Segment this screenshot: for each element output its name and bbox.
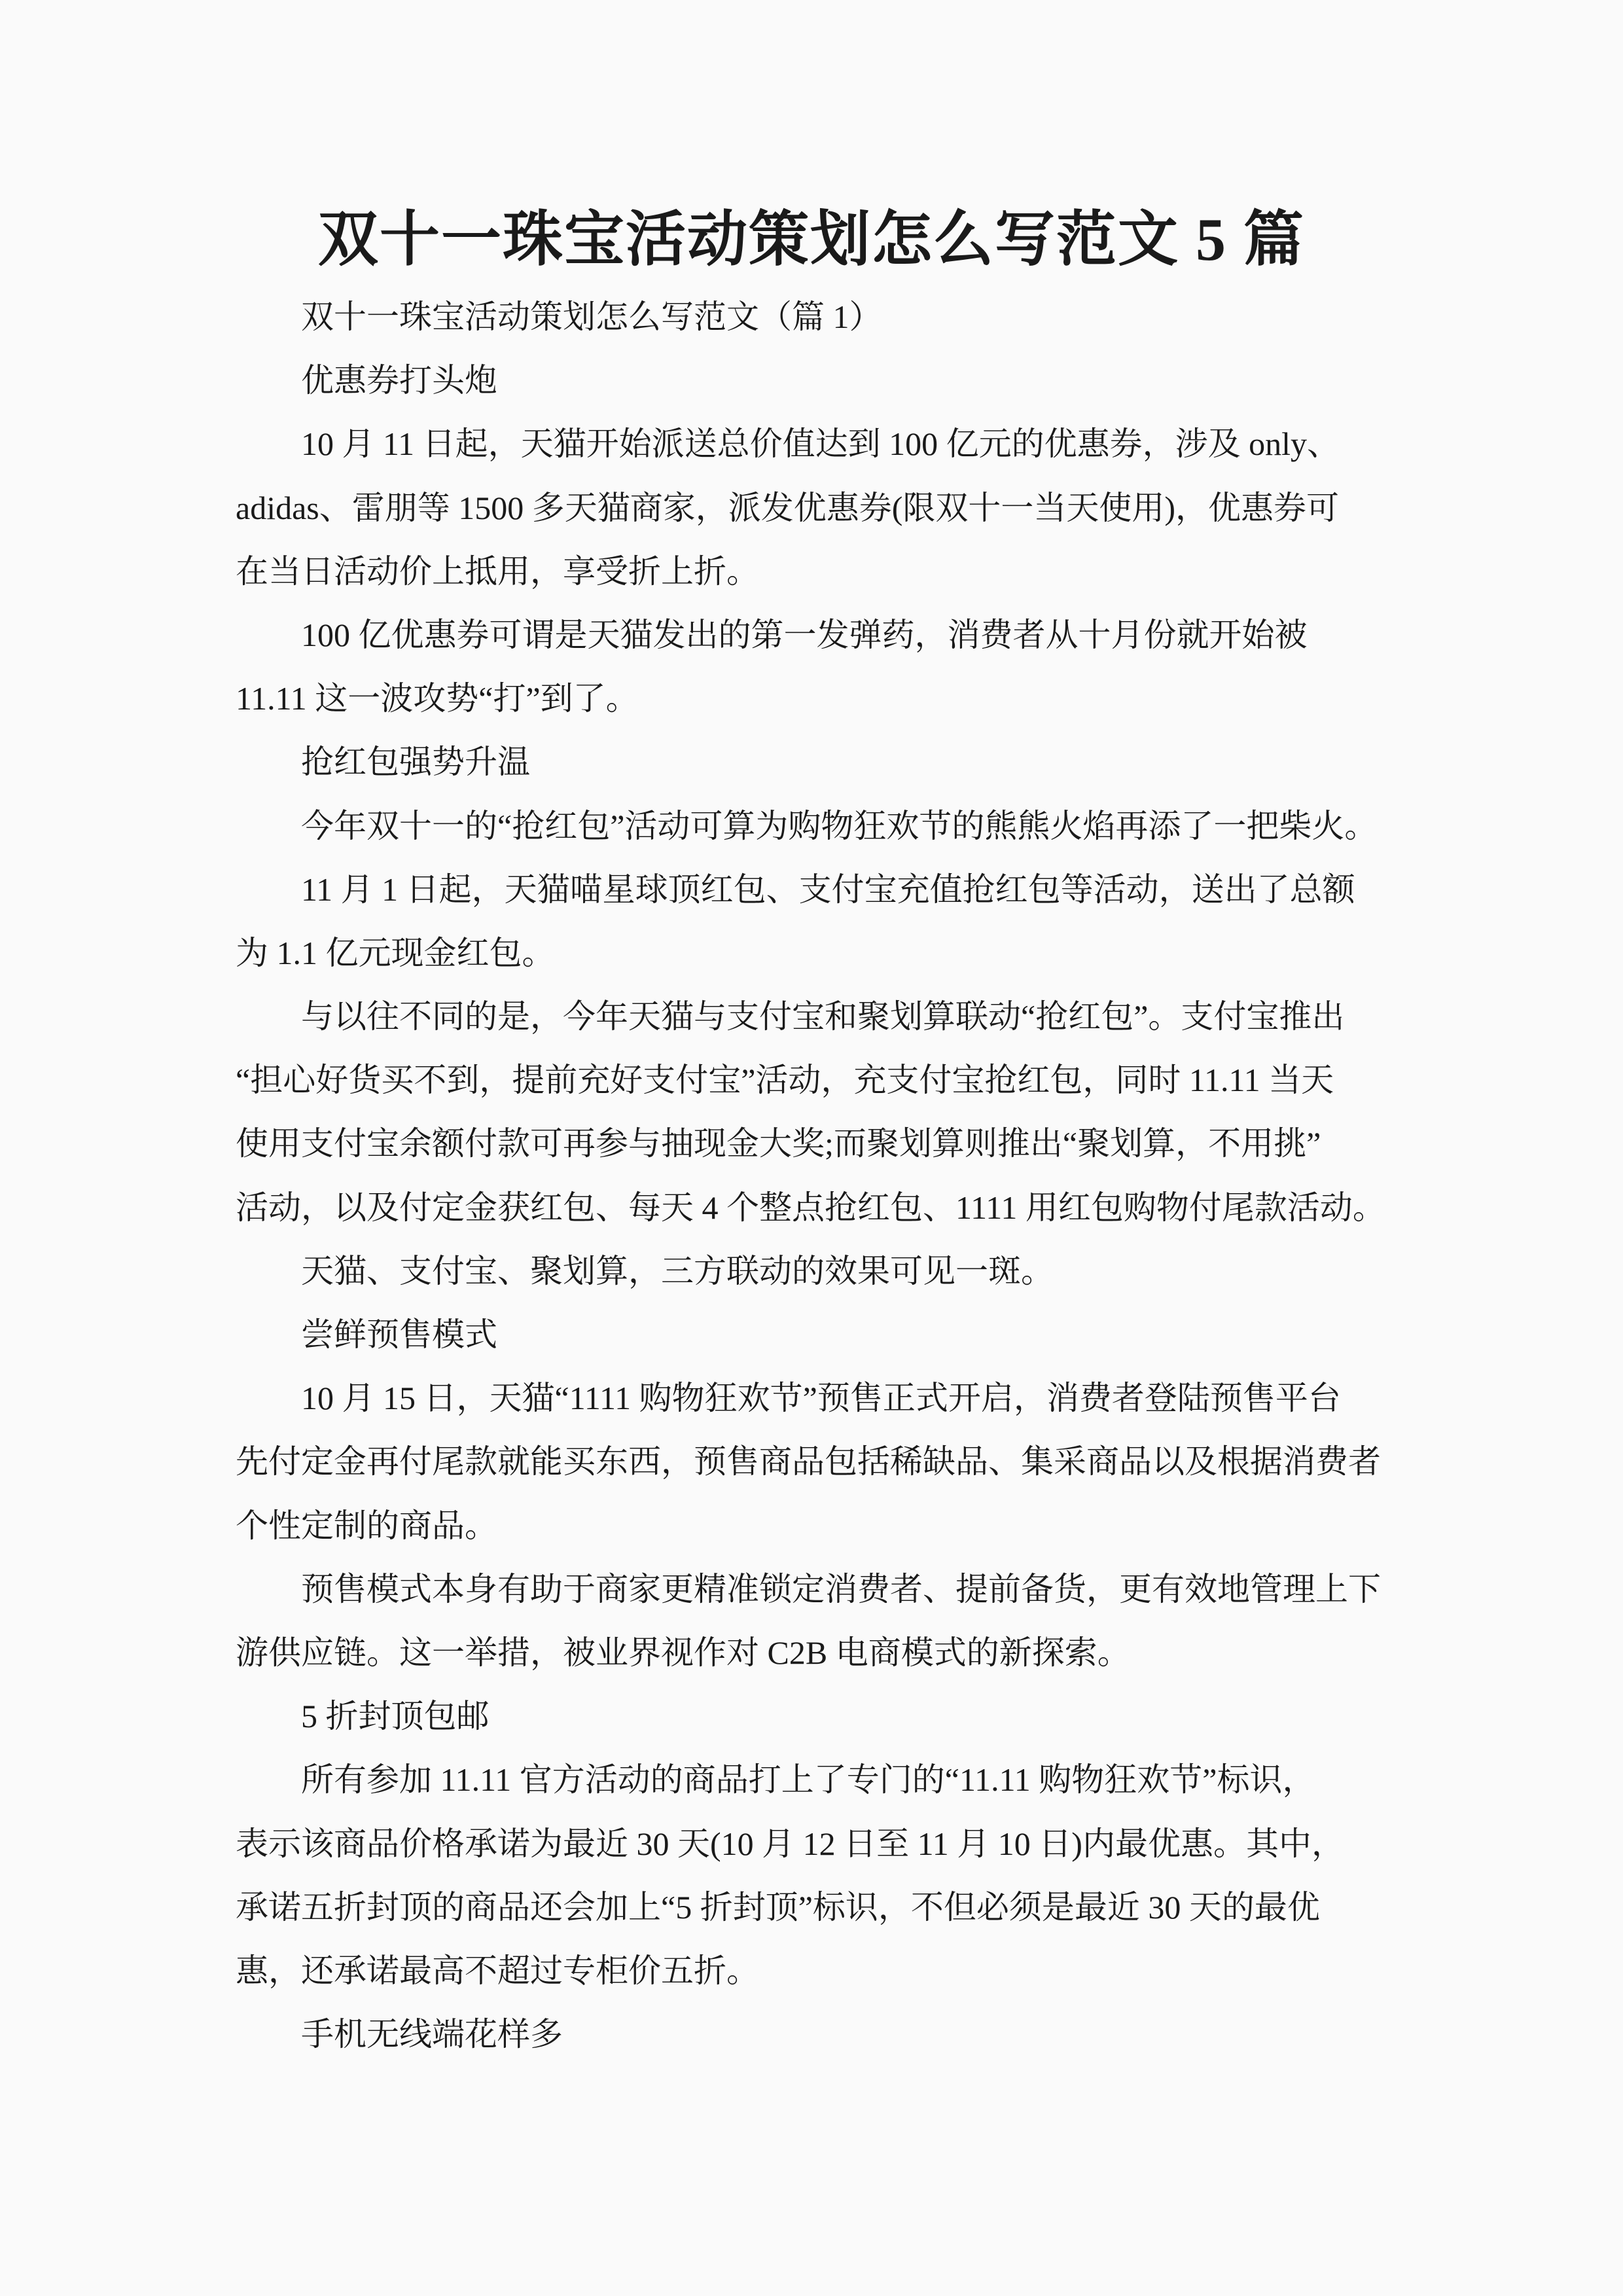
body-line: 承诺五折封顶的商品还会加上“5 折封顶”标识，不但必须是最近 30 天的最优 [236, 1876, 1374, 1939]
body-line: 先付定金再付尾款就能买东西，预售商品包括稀缺品、集采商品以及根据消费者 [236, 1430, 1374, 1494]
document-body: 双十一珠宝活动策划怎么写范文（篇 1）优惠券打头炮10 月 11 日起，天猫开始… [236, 285, 1374, 2066]
body-line: 11.11 这一波攻势“打”到了。 [236, 667, 1374, 730]
body-line: 与以往不同的是，今年天猫与支付宝和聚划算联动“抢红包”。支付宝推出 [236, 985, 1374, 1049]
body-line: 活动，以及付定金获红包、每天 4 个整点抢红包、1111 用红包购物付尾款活动。 [236, 1176, 1374, 1240]
body-line: 手机无线端花样多 [236, 2003, 1374, 2066]
body-line: 10 月 15 日，天猫“1111 购物狂欢节”预售正式开启，消费者登陆预售平台 [236, 1367, 1374, 1430]
body-line: 抢红包强势升温 [236, 730, 1374, 794]
body-line: 使用支付宝余额付款可再参与抽现金大奖;而聚划算则推出“聚划算，不用挑” [236, 1112, 1374, 1175]
body-line: 在当日活动价上抵用，享受折上折。 [236, 540, 1374, 603]
document-title: 双十一珠宝活动策划怎么写范文 5 篇 [0, 200, 1623, 279]
body-line: 预售模式本身有助于商家更精准锁定消费者、提前备货，更有效地管理上下 [236, 1558, 1374, 1621]
body-line: 游供应链。这一举措，被业界视作对 C2B 电商模式的新探索。 [236, 1621, 1374, 1685]
body-line: 表示该商品价格承诺为最近 30 天(10 月 12 日至 11 月 10 日)内… [236, 1812, 1374, 1876]
body-line: 11 月 1 日起，天猫喵星球顶红包、支付宝充值抢红包等活动，送出了总额 [236, 858, 1374, 922]
body-line: 100 亿优惠券可谓是天猫发出的第一发弹药，消费者从十月份就开始被 [236, 603, 1374, 667]
body-line: 5 折封顶包邮 [236, 1685, 1374, 1748]
body-line: 天猫、支付宝、聚划算，三方联动的效果可见一斑。 [236, 1240, 1374, 1303]
body-line: 尝鲜预售模式 [236, 1303, 1374, 1367]
body-line: 个性定制的商品。 [236, 1494, 1374, 1558]
document-page: 双十一珠宝活动策划怎么写范文 5 篇 双十一珠宝活动策划怎么写范文（篇 1）优惠… [0, 0, 1623, 2296]
body-line: 今年双十一的“抢红包”活动可算为购物狂欢节的熊熊火焰再添了一把柴火。 [236, 795, 1374, 858]
body-line: 所有参加 11.11 官方活动的商品打上了专门的“11.11 购物狂欢节”标识， [236, 1748, 1374, 1812]
body-line: 10 月 11 日起，天猫开始派送总价值达到 100 亿元的优惠券，涉及 onl… [236, 412, 1374, 476]
body-line: “担心好货买不到，提前充好支付宝”活动，充支付宝抢红包，同时 11.11 当天 [236, 1049, 1374, 1112]
body-line: 为 1.1 亿元现金红包。 [236, 922, 1374, 985]
body-line: 双十一珠宝活动策划怎么写范文（篇 1） [236, 285, 1374, 349]
document-canvas: { "page": { "background": "#fafafa", "te… [0, 0, 1623, 2296]
body-line: 优惠券打头炮 [236, 349, 1374, 412]
body-line: adidas、雷朋等 1500 多天猫商家，派发优惠券(限双十一当天使用)，优惠… [236, 476, 1374, 540]
body-line: 惠，还承诺最高不超过专柜价五折。 [236, 1939, 1374, 2003]
